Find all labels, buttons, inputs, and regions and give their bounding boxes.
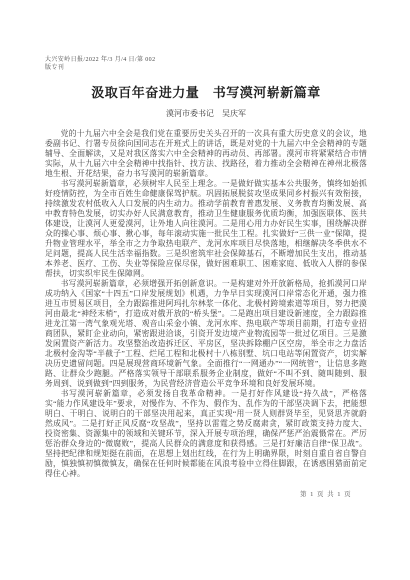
masthead-line2: 版专刊 xyxy=(45,64,367,72)
article-body: 党的十九届六中全会是我们党在重要历史关头召开的一次具有重大历史意义的会议，地委副… xyxy=(45,129,367,479)
masthead: 大兴安岭日报/2022 年/3 月/4 日/第 002 版专刊 xyxy=(45,56,367,72)
masthead-line1: 大兴安岭日报/2022 年/3 月/4 日/第 002 xyxy=(45,56,367,64)
document-page: 大兴安岭日报/2022 年/3 月/4 日/第 002 版专刊 汲取百年奋进力量… xyxy=(0,0,410,580)
article-byline: 漠河市委书记 吴庆军 xyxy=(45,109,367,119)
article-paragraph: 书写漠河崭新篇章，必须发扬自我革命精神。一是打好作风建设“持久战”，严格落实“能… xyxy=(45,389,367,479)
page-number: 第 1 页 共 1 页 xyxy=(300,489,352,498)
article-title: 汲取百年奋进力量 书写漠河崭新篇章 xyxy=(45,85,367,100)
article-paragraph: 党的十九届六中全会是我们党在重要历史关头召开的一次具有重大历史意义的会议，地委副… xyxy=(45,129,367,179)
article-paragraph: 书写漠河崭新篇章，必须树牢人民至上理念。一是做好做实基本公共服务，慎终如始抓好疫… xyxy=(45,179,367,279)
article-paragraph: 书写漠河崭新篇章，必须增强开拓创新意识。一是构建对外开放新格局，抢抓漠河口岸成功… xyxy=(45,279,367,389)
